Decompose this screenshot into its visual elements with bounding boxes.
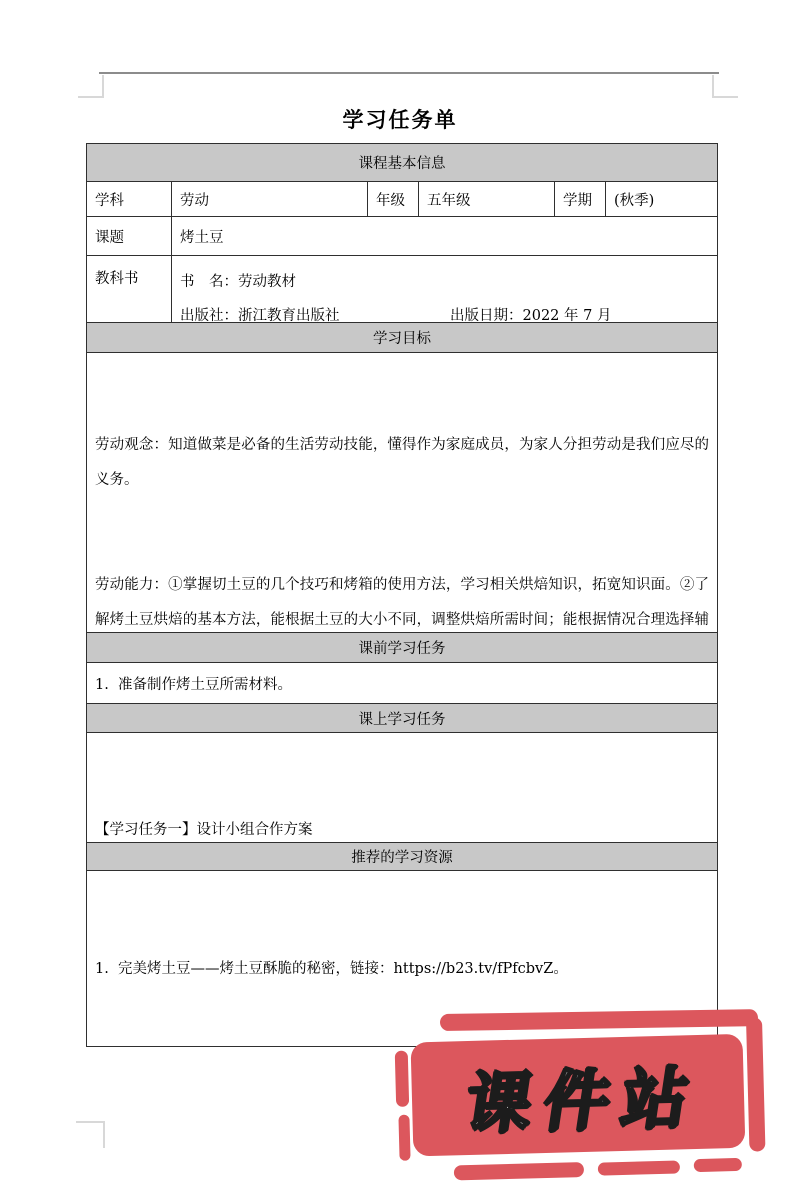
- publish-date-text: 出版日期：2022 年 7 月: [450, 299, 611, 322]
- margin-corner-mark-top-left: [78, 96, 104, 98]
- task-sheet-table: 课程基本信息 学科 劳动 年级 五年级 学期 (秋季) 课题 烤土豆 教科书 书…: [86, 143, 718, 1047]
- textbook-publisher-line: 出版社：浙江教育出版社 出版日期：2022 年 7 月: [180, 299, 711, 322]
- section-header-pre-class: 课前学习任务: [87, 633, 717, 662]
- term-value: (秋季): [605, 182, 717, 216]
- stamp-frame-stroke: [694, 1158, 742, 1172]
- section-header-in-class: 课上学习任务: [87, 704, 717, 732]
- subject-label: 学科: [87, 182, 171, 216]
- margin-corner-mark-top-right: [712, 96, 738, 98]
- document-page: 学习任务单 课程基本信息 学科 劳动 年级 五年级 学期 (秋季) 课题 烤土豆…: [0, 0, 800, 1200]
- learning-goals-cell: 劳动观念：知道做菜是必备的生活劳动技能，懂得作为家庭成员，为家人分担劳动是我们应…: [87, 353, 717, 632]
- document-title: 学习任务单: [0, 104, 800, 134]
- section-header-resources: 推荐的学习资源: [87, 843, 717, 870]
- margin-corner-mark-bottom-left: [103, 1121, 105, 1148]
- goal-paragraph: 劳动能力：①掌握切土豆的几个技巧和烤箱的使用方法，学习相关烘焙知识，拓宽知识面。…: [95, 568, 709, 632]
- section-header-goals: 学习目标: [87, 323, 717, 352]
- stamp-frame-stroke: [440, 1009, 758, 1031]
- topic-value: 烤土豆: [171, 217, 717, 255]
- section-header-basic-info: 课程基本信息: [87, 144, 717, 181]
- in-class-tasks-cell: 【学习任务一】设计小组合作方案 【学习任务二】根据小组合作方案，制作一份美味的烤…: [87, 733, 717, 842]
- grade-label: 年级: [367, 182, 418, 216]
- in-class-task-item: 【学习任务一】设计小组合作方案: [95, 812, 711, 842]
- textbook-name-line: 书 名：劳动教材: [180, 265, 711, 299]
- stamp-frame-stroke: [598, 1160, 680, 1175]
- stamp-text: 课件站: [448, 1044, 708, 1146]
- goal-paragraph: 劳动观念：知道做菜是必备的生活劳动技能，懂得作为家庭成员，为家人分担劳动是我们应…: [95, 428, 709, 498]
- stamp-frame-stroke: [746, 1017, 766, 1151]
- margin-corner-mark-top-right: [712, 75, 714, 98]
- page-margin-rule: [99, 72, 719, 74]
- grade-value: 五年级: [418, 182, 554, 216]
- margin-corner-mark-top-left: [102, 75, 104, 98]
- stamp-body: 课件站: [411, 1034, 746, 1157]
- resource-link-item: 1. 完美烤土豆——烤土豆酥脆的秘密，链接：https://b23.tv/fPf…: [95, 951, 711, 987]
- margin-corner-mark-bottom-left: [76, 1121, 105, 1123]
- pre-class-task-item: 1. 准备制作烤土豆所需材料。: [87, 663, 717, 703]
- subject-value: 劳动: [171, 182, 367, 216]
- stamp-frame-stroke: [454, 1162, 584, 1180]
- term-label: 学期: [554, 182, 605, 216]
- textbook-label: 教科书: [87, 256, 171, 322]
- textbook-info-cell: 书 名：劳动教材 出版社：浙江教育出版社 出版日期：2022 年 7 月: [171, 256, 717, 322]
- stamp-frame-stroke: [395, 1051, 409, 1107]
- topic-label: 课题: [87, 217, 171, 255]
- watermark-stamp: 课件站: [394, 1007, 772, 1187]
- publisher-text: 出版社：浙江教育出版社: [180, 299, 450, 322]
- stamp-frame-stroke: [398, 1115, 410, 1161]
